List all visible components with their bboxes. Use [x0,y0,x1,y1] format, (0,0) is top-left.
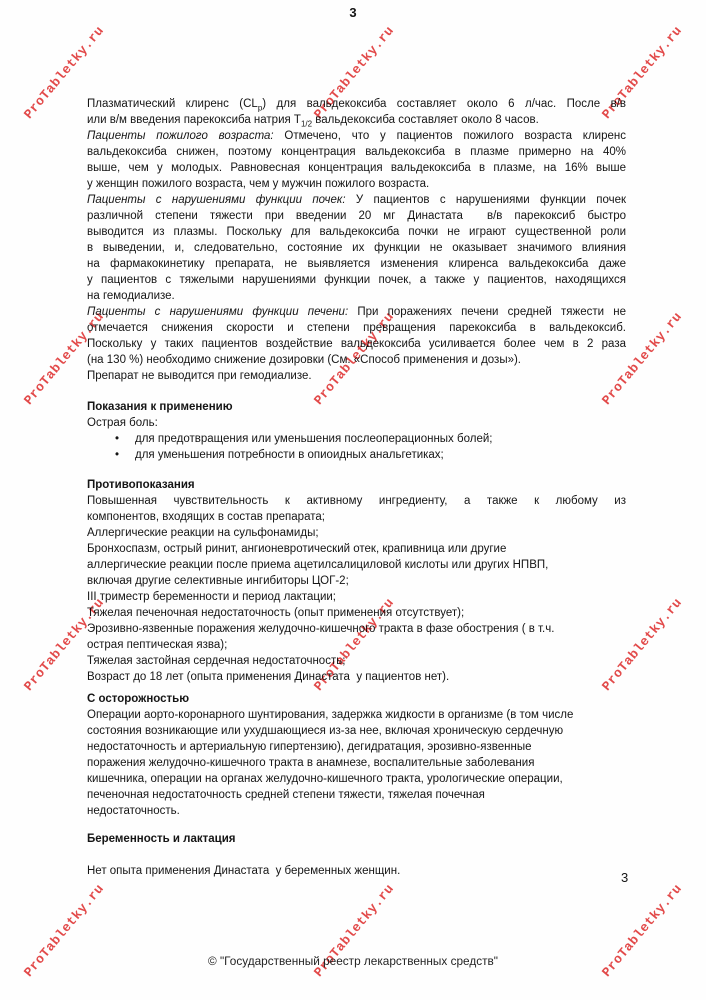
subscript-half-life: 1/2 [301,119,312,128]
caution-line: недостаточность и артериальную гипертенз… [87,739,626,755]
heading-pregnancy: Беременность и лактация [87,831,626,847]
paragraph-plasma-clearance-line2: или в/м введения парекоксиба натрия Т1/2… [87,112,626,128]
paragraph-elderly-line2: вальдекоксиба снижен, поэтому концентрац… [87,144,626,160]
bullet-text: для предотвращения или уменьшения послео… [135,431,492,447]
italic-lead-elderly: Пациенты пожилого возраста: [87,130,274,142]
watermark-protabletky: ProTabletky.ru [599,23,685,122]
caution-line: кишечника, операции на органах желудочно… [87,771,626,787]
heading-contraindications: Противопоказания [87,477,626,493]
text-run: Плазматический клиренс (CL [87,98,258,110]
caution-line: состояния возникающие или ухудшающиеся и… [87,723,626,739]
contraindication-line: Бронхоспазм, острый ринит, ангионевротич… [87,541,626,557]
caution-line: недостаточность. [87,803,626,819]
bullet-text: для уменьшения потребности в опиоидных а… [135,447,444,463]
contraindication-line: Аллергические реакции на сульфонамиды; [87,525,626,541]
text-run: Отмечено, что у пациентов пожилого возра… [274,130,626,142]
contraindication-line: Тяжелая застойная сердечная недостаточно… [87,653,626,669]
page-footer-copyright: © "Государственный реестр лекарственных … [0,954,706,968]
text-run: или в/м введения парекоксиба натрия Т [87,114,301,126]
contraindication-line: Повышенная чувствительность к активному … [87,493,626,509]
heading-indications: Показания к применению [87,399,626,415]
paragraph-hepatic-line2: отмечается снижения скорости и степени п… [87,320,626,336]
paragraph-renal-line4: в выведении, и, следовательно, состояние… [87,240,626,256]
scanned-document-page: 3 Плазматический клиренс (CLp) для вальд… [0,0,706,1000]
bullet-marker: • [115,431,135,447]
contraindication-line: III триместр беременности и период лакта… [87,589,626,605]
paragraph-elderly-line1: Пациенты пожилого возраста: Отмечено, чт… [87,128,626,144]
paragraph-renal-line6: у пациентов с тяжелыми нарушениями функц… [87,272,626,288]
contraindication-line: компонентов, входящих в состав препарата… [87,509,626,525]
line-acute-pain: Острая боль: [87,415,626,431]
contraindication-line: Возраст до 18 лет (опыта применения Дина… [87,669,626,685]
caution-line: Операции аорто-коронарного шунтирования,… [87,707,626,723]
paragraph-renal-line1: Пациенты с нарушениями функции почек: У … [87,192,626,208]
bullet-marker: • [115,447,135,463]
line-pregnancy: Нет опыта применения Династата у беремен… [87,863,626,879]
caution-line: печеночная недостаточность средней степе… [87,787,626,803]
paragraph-elderly-line4: у женщин пожилого возраста, чем у мужчин… [87,176,626,192]
document-content: Плазматический клиренс (CLp) для вальдек… [87,96,626,879]
italic-lead-hepatic: Пациенты с нарушениями функции печени: [87,306,348,318]
line-hemodialysis: Препарат не выводится при гемодиализе. [87,368,626,384]
paragraph-elderly-line3: выше, чем у молодых. Равновесная концент… [87,160,626,176]
contraindication-line: включая другие селективные ингибиторы ЦО… [87,573,626,589]
paragraph-renal-line3: выводится из плазмы. Поскольку для вальд… [87,224,626,240]
caution-line: поражения желудочно-кишечного тракта в а… [87,755,626,771]
paragraph-hepatic-line1: Пациенты с нарушениями функции печени: П… [87,304,626,320]
bullet-item: •для предотвращения или уменьшения после… [87,431,626,447]
paragraph-renal-line7: на гемодиализе. [87,288,626,304]
paragraph-plasma-clearance-line1: Плазматический клиренс (CLp) для вальдек… [87,96,626,112]
heading-caution: С осторожностью [87,691,626,707]
contraindication-line: аллергические реакции после приема ацети… [87,557,626,573]
paragraph-renal-line5: на фармакокинетику препарата, не выявляе… [87,256,626,272]
paragraph-renal-line2: различной степени тяжести при введении 2… [87,208,626,224]
page-number-bottom: 3 [621,870,628,885]
italic-lead-renal: Пациенты с нарушениями функции почек: [87,194,346,206]
contraindication-line: Тяжелая печеночная недостаточность (опыт… [87,605,626,621]
bullet-item: •для уменьшения потребности в опиоидных … [87,447,626,463]
text-run: вальдекоксиба составляет около 8 часов. [312,114,539,126]
text-run: У пациентов с нарушениями функции почек [346,194,626,206]
page-number-top: 3 [0,5,706,20]
